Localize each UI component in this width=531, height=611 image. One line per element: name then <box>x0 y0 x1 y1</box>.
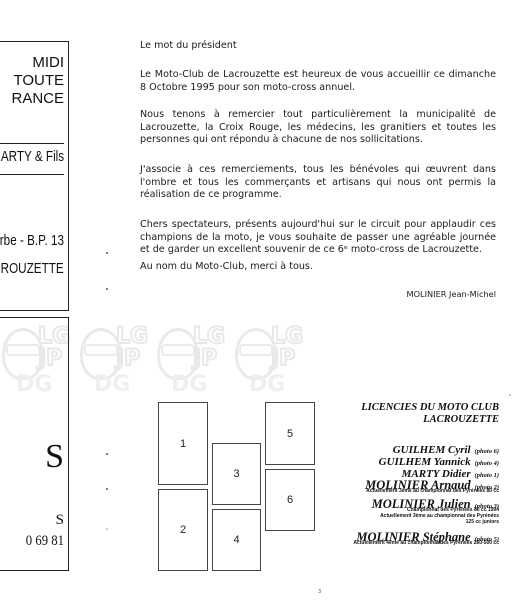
watermark-text: DG <box>171 372 207 397</box>
letter-paragraph-5: Au nom du Moto-Club, merci à tous. <box>140 261 496 274</box>
letter-paragraph-1: Le Moto-Club de Lacrouzette est heureux … <box>140 69 496 94</box>
letter-paragraph-4: Chers spectateurs, présents aujourd'hui … <box>140 219 496 257</box>
stray-dot <box>509 394 511 396</box>
stray-dot <box>106 528 108 530</box>
photo-number: 3 <box>233 468 239 480</box>
watermark-logo: LG JP DG <box>233 322 311 400</box>
ad-divider <box>0 174 64 175</box>
watermark-text: DG <box>249 372 285 397</box>
ad-town: ACROUZETTE <box>0 260 64 277</box>
watermark-text: JP <box>38 346 62 371</box>
watermark-logo: LG JP DG <box>78 322 156 400</box>
licensee-note: Actuellement 3ème au championnat des Pyr… <box>366 488 499 494</box>
paragraph-text: Chers spectateurs, présents aujourd'hui … <box>140 219 496 257</box>
stray-dot <box>106 288 108 290</box>
ad-phone: 0 69 81 <box>26 533 64 550</box>
advertisement-box-top: MIDI TOUTE RANCE ARTY & Fils ourbe - B.P… <box>0 41 69 311</box>
ad-text-line: RANCE <box>11 90 64 107</box>
glasses-icon <box>84 344 118 356</box>
letter-signature: MOLINIER Jean-Michel <box>407 289 496 299</box>
licensee-note: Actuellement 4ème au championnat des Pyr… <box>353 540 499 546</box>
watermark-logo: LG JP DG <box>0 322 78 400</box>
stray-dot <box>106 252 108 254</box>
photo-number: 2 <box>180 524 186 536</box>
watermark-text: JP <box>116 346 140 371</box>
paragraph-text: J'associe à ces remerciements, tous les … <box>140 164 496 202</box>
ad-company-name: ARTY & Fils <box>1 148 64 165</box>
ad-divider <box>0 143 64 144</box>
stray-dot <box>106 488 108 490</box>
glasses-icon <box>6 344 40 356</box>
licensees-title: LICENCIES DU MOTO CLUB <box>361 402 499 414</box>
ad-text-line: TOUTE <box>13 72 64 89</box>
letter-paragraph-2: Nous tenons à remercier tout particulièr… <box>140 109 496 147</box>
photo-placeholder-4: 4 <box>212 509 261 571</box>
photo-placeholder-6: 6 <box>265 469 315 531</box>
watermark-logo: LG JP DG <box>155 322 233 400</box>
paragraph-text: Au nom du Moto-Club, merci à tous. <box>140 261 496 274</box>
glasses-icon <box>239 344 273 356</box>
letter-paragraph-3: J'associe à ces remerciements, tous les … <box>140 164 496 202</box>
ad-large-letter: S <box>45 438 64 476</box>
photo-placeholder-3: 3 <box>212 443 261 505</box>
watermark-text: DG <box>94 372 130 397</box>
photo-placeholder-2: 2 <box>158 489 208 571</box>
photo-number: 5 <box>287 428 293 440</box>
stray-dot <box>106 453 108 455</box>
glasses-icon <box>161 344 195 356</box>
licensee-note: 125 cc juniors <box>466 519 499 525</box>
letter-title-text: Le mot du président <box>140 40 496 53</box>
ad-text-line: MIDI <box>32 54 64 71</box>
letter-title: Le mot du président <box>140 40 496 53</box>
paragraph-text: Le Moto-Club de Lacrouzette est heureux … <box>140 69 496 94</box>
licensees-subtitle: LACROUZETTE <box>423 414 499 426</box>
photo-number: 4 <box>233 534 239 546</box>
paragraph-text: Nous tenons à remercier tout particulièr… <box>140 109 496 147</box>
page-number: 3 <box>318 589 321 595</box>
ad-address: ourbe - B.P. 13 <box>0 232 64 249</box>
photo-placeholder-1: 1 <box>158 402 208 485</box>
watermark-text: JP <box>193 346 217 371</box>
watermark-text: DG <box>16 372 52 397</box>
photo-placeholder-5: 5 <box>265 402 315 465</box>
ad-small-letter: S <box>56 512 64 529</box>
photo-number: 1 <box>180 438 186 450</box>
photo-number: 6 <box>287 494 293 506</box>
watermark-text: JP <box>271 346 295 371</box>
